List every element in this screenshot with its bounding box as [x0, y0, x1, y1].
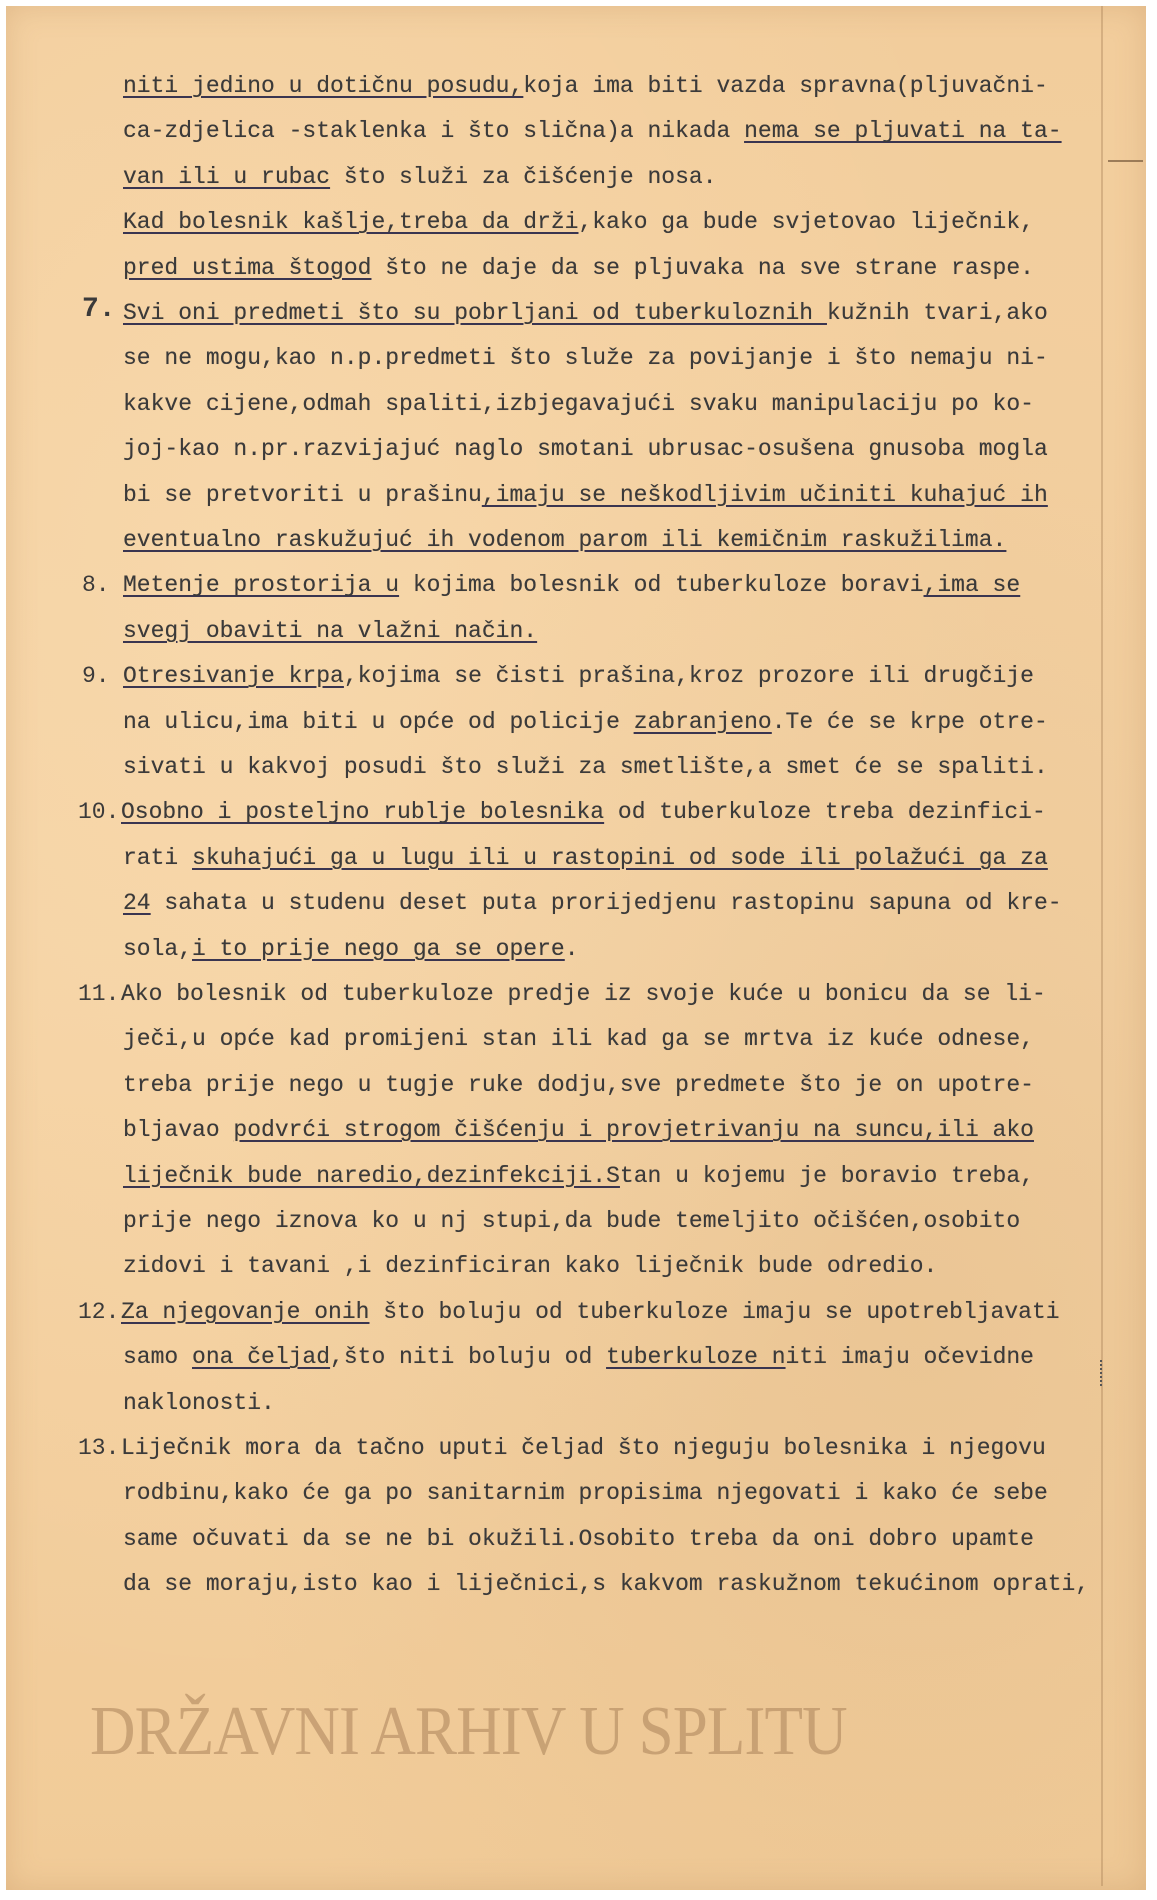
text-segment: ,kako ga bude svjetovao liječnik, — [578, 209, 1033, 235]
text-line: bi se pretvoriti u prašinu,imaju se nešk… — [123, 481, 1048, 509]
underlined-text: pred ustima štogod — [123, 255, 371, 281]
text-segment: što ne daje da se pljuvaka na sve strane… — [371, 255, 1034, 281]
text-segment: sivati u kakvoj posudi što služi za smet… — [123, 754, 1048, 780]
underlined-text: podvrći strogom čišćenju i provjetrivanj… — [233, 1117, 1034, 1143]
text-line: se ne mogu,kao n.p.predmeti što služe za… — [123, 344, 1048, 372]
underlined-text: eventualno raskužujuć ih vodenom parom i… — [123, 527, 1006, 553]
text-segment: Ako bolesnik od tuberkuloze predje iz sv… — [121, 981, 1046, 1007]
text-line: da se moraju,isto kao i liječnici,s kakv… — [123, 1570, 1089, 1598]
text-segment: sola, — [123, 936, 192, 962]
text-line: joj-kao n.pr.razvijajuć naglo smotani ub… — [123, 435, 1048, 463]
text-line: Otresivanje krpa,kojima se čisti prašina… — [123, 662, 1034, 690]
text-segment: samo — [123, 1344, 192, 1370]
underlined-text: Otresivanje krpa — [123, 663, 344, 689]
text-line: liječnik bude naredio,dezinfekciji.Stan … — [123, 1162, 1034, 1190]
text-line: ca-zdjelica -staklenka i što slična)a ni… — [123, 117, 1062, 145]
text-line: prije nego iznova ko u nj stupi,da bude … — [123, 1207, 1020, 1235]
text-line: eventualno raskužujuć ih vodenom parom i… — [123, 526, 1006, 554]
text-segment: .Te će se krpe otre- — [772, 709, 1048, 735]
underlined-text: liječnik bude naredio,dezinfekciji.S — [123, 1163, 620, 1189]
text-segment: kužnih tvari,ako — [827, 300, 1048, 326]
text-line: same očuvati da se ne bi okužili.Osobito… — [123, 1525, 1034, 1553]
text-line: Kad bolesnik kašlje,treba da drži,kako g… — [123, 208, 1034, 236]
text-segment: kakve cijene,odmah spaliti,izbjegavajući… — [123, 391, 1034, 417]
underlined-text: tuberkuloze n — [606, 1344, 785, 1370]
text-segment: bi se pretvoriti u prašinu — [123, 482, 482, 508]
text-segment: rodbinu,kako će ga po sanitarnim propisi… — [123, 1480, 1048, 1506]
underlined-text: ,imaju se neškodljivim učiniti kuhajuć i… — [482, 482, 1048, 508]
text-segment: treba prije nego u tugje ruke dodju,sve … — [123, 1072, 1034, 1098]
text-line: sola,i to prije nego ga se opere. — [123, 935, 579, 963]
underlined-text: ona čeljad — [192, 1344, 330, 1370]
text-line: Liječnik mora da tačno uputi čeljad što … — [121, 1434, 1046, 1462]
text-segment: ,kojima se čisti prašina,kroz prozore il… — [344, 663, 1034, 689]
text-segment: što boluju od tuberkuloze imaju se upotr… — [369, 1299, 1059, 1325]
text-line: treba prije nego u tugje ruke dodju,sve … — [123, 1071, 1034, 1099]
underlined-text: i to prije nego ga se opere — [192, 936, 565, 962]
text-line: bljavao podvrći strogom čišćenju i provj… — [123, 1116, 1034, 1144]
text-line: pred ustima štogod što ne daje da se plj… — [123, 254, 1034, 282]
underlined-text: zabranjeno — [634, 709, 772, 735]
text-segment: . — [565, 936, 579, 962]
text-segment: na ulicu,ima biti u opće od policije — [123, 709, 634, 735]
text-segment: sahata u studenu deset puta prorijedjenu… — [151, 890, 1062, 916]
text-segment: se ne mogu,kao n.p.predmeti što služe za… — [123, 345, 1048, 371]
text-line: niti jedino u dotičnu posudu,koja ima bi… — [123, 72, 1048, 100]
text-line: samo ona čeljad,što niti boluju od tuber… — [123, 1343, 1034, 1371]
underlined-text: Osobno i posteljno rublje bolesnika — [121, 799, 604, 825]
text-segment: joj-kao n.pr.razvijajuć naglo smotani ub… — [123, 436, 1048, 462]
text-segment: zidovi i tavani ,i dezinficiran kako lij… — [123, 1253, 937, 1279]
text-line: Za njegovanje onih što boluju od tuberku… — [121, 1298, 1060, 1326]
text-line: rodbinu,kako će ga po sanitarnim propisi… — [123, 1479, 1048, 1507]
text-segment: ca-zdjelica -staklenka i što slična)a ni… — [123, 118, 744, 144]
text-line: ječi,u opće kad promijeni stan ili kad g… — [123, 1025, 1034, 1053]
text-segment: koja ima biti vazda spravna(pljuvačni- — [523, 73, 1048, 99]
text-segment: rati — [123, 845, 192, 871]
underlined-text: Metenje prostorija u — [123, 572, 399, 598]
text-line: na ulicu,ima biti u opće od policije zab… — [123, 708, 1048, 736]
punch-mark — [1108, 160, 1143, 162]
text-line: Ako bolesnik od tuberkuloze predje iz sv… — [121, 980, 1046, 1008]
underlined-text: svegj obaviti na vlažni način. — [123, 618, 537, 644]
underlined-text: Svi oni predmeti što su pobrljani od tub… — [123, 300, 827, 326]
text-line: Svi oni predmeti što su pobrljani od tub… — [123, 299, 1048, 327]
paper-fold-line — [1101, 6, 1103, 1886]
underlined-text: ,ima se — [924, 572, 1021, 598]
margin-mark — [1100, 1360, 1104, 1386]
underlined-text: skuhajući ga u lugu ili u rastopini od s… — [192, 845, 1048, 871]
text-line: naklonosti. — [123, 1389, 275, 1417]
text-line: van ili u rubac što služi za čišćenje no… — [123, 163, 717, 191]
text-line: sivati u kakvoj posudi što služi za smet… — [123, 753, 1048, 781]
underlined-text: nema se pljuvati na ta- — [744, 118, 1061, 144]
text-line: kakve cijene,odmah spaliti,izbjegavajući… — [123, 390, 1034, 418]
text-line: Osobno i posteljno rublje bolesnika od t… — [121, 798, 1046, 826]
text-segment: kojima bolesnik od tuberkuloze boravi — [399, 572, 924, 598]
section-number: 13. — [78, 1434, 119, 1462]
underlined-text: van ili u rubac — [123, 164, 330, 190]
text-segment: tan u kojemu je boravio treba, — [620, 1163, 1034, 1189]
text-segment: same očuvati da se ne bi okužili.Osobito… — [123, 1526, 1034, 1552]
section-number: 11. — [78, 980, 119, 1008]
text-line: svegj obaviti na vlažni način. — [123, 617, 537, 645]
text-segment: prije nego iznova ko u nj stupi,da bude … — [123, 1208, 1020, 1234]
underlined-text: 24 — [123, 890, 151, 916]
underlined-text: niti jedino u dotičnu posudu, — [123, 73, 523, 99]
text-segment: ječi,u opće kad promijeni stan ili kad g… — [123, 1026, 1034, 1052]
text-segment: iti imaju očevidne — [786, 1344, 1034, 1370]
text-segment: naklonosti. — [123, 1390, 275, 1416]
underlined-text: Za njegovanje onih — [121, 1299, 369, 1325]
text-line: Metenje prostorija u kojima bolesnik od … — [123, 571, 1020, 599]
text-line: rati skuhajući ga u lugu ili u rastopini… — [123, 844, 1048, 872]
text-segment: što služi za čišćenje nosa. — [330, 164, 716, 190]
text-line: zidovi i tavani ,i dezinficiran kako lij… — [123, 1252, 937, 1280]
text-segment: Liječnik mora da tačno uputi čeljad što … — [121, 1435, 1046, 1461]
text-segment: bljavao — [123, 1117, 233, 1143]
text-segment: ,što niti boluju od — [330, 1344, 606, 1370]
text-segment: od tuberkuloze treba dezinfici- — [604, 799, 1046, 825]
section-number: 8. — [82, 571, 110, 599]
underlined-text: Kad bolesnik kašlje,treba da drži — [123, 209, 578, 235]
text-line: 24 sahata u studenu deset puta prorijedj… — [123, 889, 1062, 917]
section-number: 10. — [78, 798, 119, 826]
section-number: 7. — [82, 296, 116, 324]
archive-watermark: DRŽAVNI ARHIV U SPLITU — [90, 1692, 981, 1772]
section-number: 12. — [78, 1298, 119, 1326]
section-number: 9. — [82, 662, 110, 690]
text-segment: da se moraju,isto kao i liječnici,s kakv… — [123, 1571, 1089, 1597]
